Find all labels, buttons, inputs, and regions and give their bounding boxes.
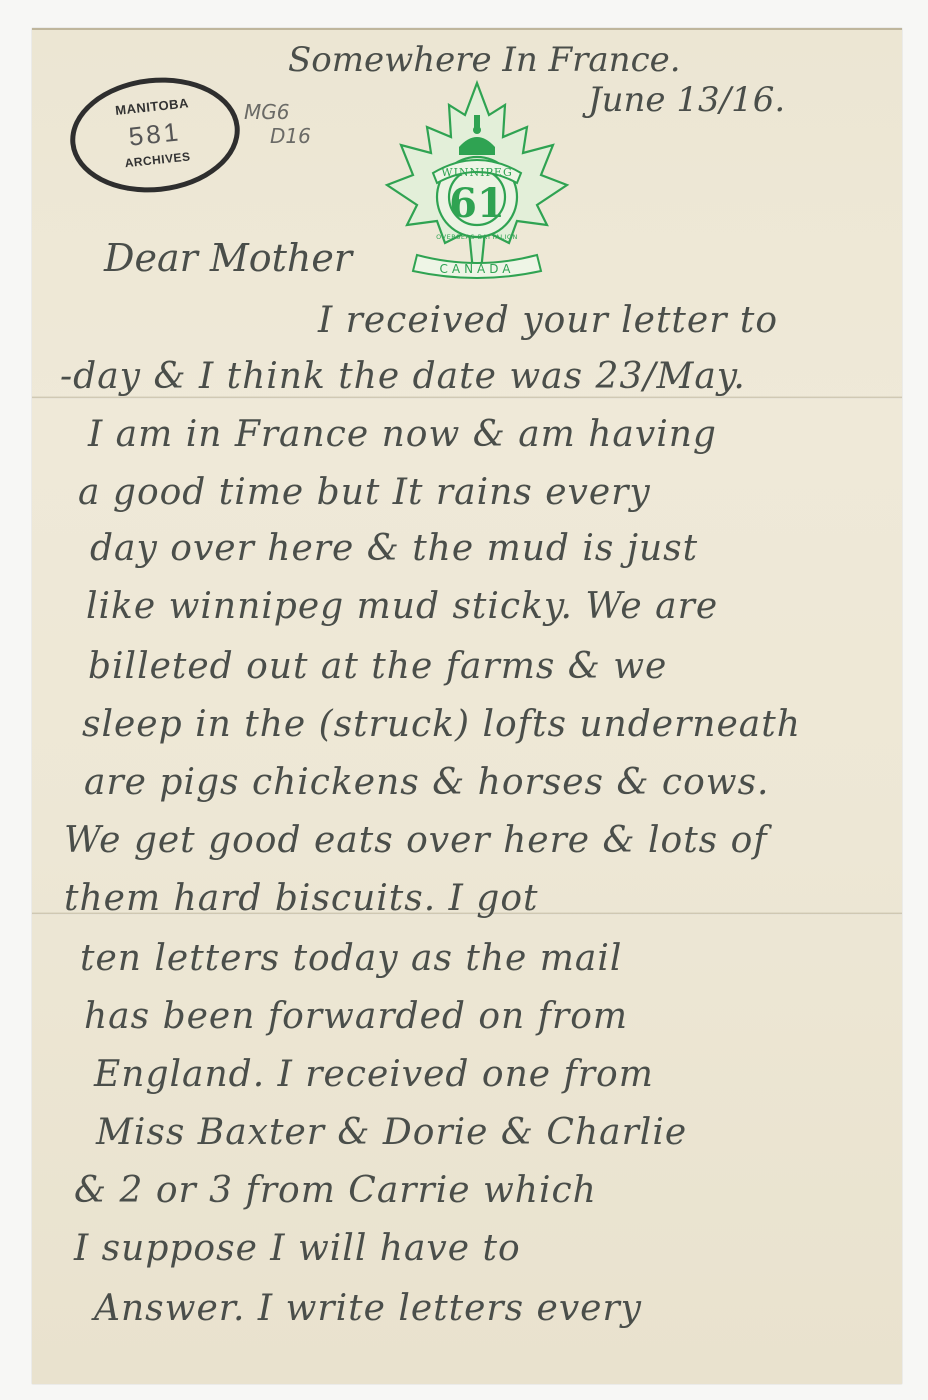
letter-line: billeted out at the farms & we xyxy=(88,646,667,687)
letter-place: Somewhere In France. xyxy=(288,40,681,80)
archive-reference: MG6 D16 xyxy=(244,100,311,148)
letter-line: I am in France now & am having xyxy=(88,414,717,455)
letter-line: has been forwarded on from xyxy=(84,996,628,1037)
letter-line: I received your letter to xyxy=(318,300,778,341)
svg-text:OVERSEAS BATTALION: OVERSEAS BATTALION xyxy=(436,233,518,241)
letter-line: are pigs chickens & horses & cows. xyxy=(84,762,770,803)
svg-text:61: 61 xyxy=(449,180,505,227)
letter-line: like winnipeg mud sticky. We are xyxy=(86,586,718,627)
maple-leaf-battalion-badge-icon: WINNIPEG 61 OVERSEAS BATTALION CANADA xyxy=(377,75,577,285)
letter-page: MANITOBA 581 ARCHIVES MG6 D16 WINNIPEG 6… xyxy=(32,28,902,1384)
letter-line: sleep in the (struck) lofts underneath xyxy=(82,704,801,745)
letter-line: day over here & the mud is just xyxy=(90,528,698,569)
letter-line: -day & I think the date was 23/May. xyxy=(60,356,746,397)
svg-text:WINNIPEG: WINNIPEG xyxy=(441,166,512,179)
svg-text:CANADA: CANADA xyxy=(439,262,514,276)
letter-salutation: Dear Mother xyxy=(104,236,352,280)
reference-line-2: D16 xyxy=(244,124,311,148)
letter-line: them hard biscuits. I got xyxy=(64,878,538,919)
letter-line: ten letters today as the mail xyxy=(80,938,622,979)
letter-date: June 13/16. xyxy=(588,80,785,120)
letter-line: & 2 or 3 from Carrie which xyxy=(74,1170,597,1211)
letter-line: We get good eats over here & lots of xyxy=(64,820,768,861)
letter-line: Miss Baxter & Dorie & Charlie xyxy=(96,1112,687,1153)
letter-line: a good time but It rains every xyxy=(78,472,651,513)
letter-line: England. I received one from xyxy=(94,1054,654,1095)
letter-line: Answer. I write letters every xyxy=(94,1288,642,1329)
reference-line-1: MG6 xyxy=(244,100,311,124)
letter-line: I suppose I will have to xyxy=(74,1228,521,1269)
archive-stamp: MANITOBA 581 ARCHIVES xyxy=(65,69,246,200)
